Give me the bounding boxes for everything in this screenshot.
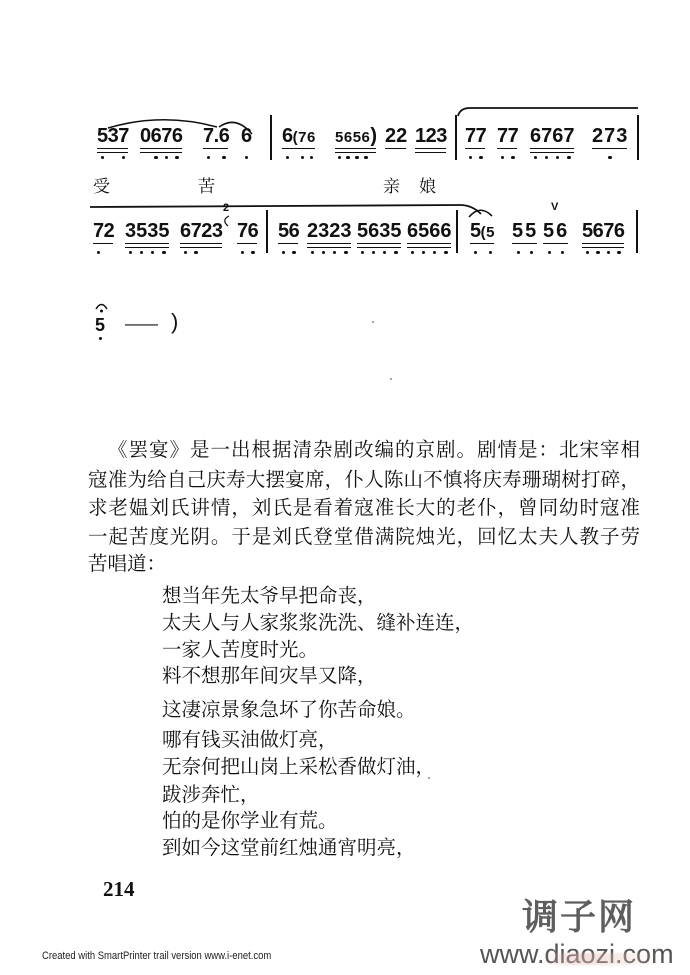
low-octave-dot [567, 156, 570, 159]
verse-line: 怕的是你学业有荒。 [162, 811, 338, 831]
beam-underline [180, 243, 222, 245]
note-digit: 6 [180, 221, 191, 241]
note-group: 273 [592, 126, 628, 146]
bar-line [637, 115, 639, 160]
note-digit: 2 [396, 126, 407, 146]
note-digit: 6 [368, 221, 379, 241]
paragraph-line: 求老媪刘氏讲情，刘氏是看着寇准长大的老仆，曾同幼时寇准 [88, 498, 640, 518]
note-digit: 6 [151, 126, 162, 146]
low-octave-dot [372, 251, 375, 254]
beam-underline [530, 152, 574, 154]
note-digit: 5 [470, 221, 481, 241]
low-octave-dot [608, 156, 611, 159]
note-digit: 5 [357, 221, 368, 241]
note-digit: 0 [140, 126, 151, 146]
note-digit: 6 [556, 221, 569, 241]
note-digit: 7 [476, 126, 487, 146]
low-octave-dot [292, 251, 295, 254]
note-digit: 5 [278, 221, 289, 241]
paragraph-line: 一起苦度光阴。于是刘氏登堂借满院烛光，回忆太夫人教子劳 [88, 527, 640, 547]
low-octave-dot [394, 251, 397, 254]
note-digit: 5 [97, 126, 108, 146]
beam-underline [357, 247, 401, 249]
low-octave-dot [245, 156, 248, 159]
page-number: 214 [103, 878, 135, 900]
scan-speck [390, 378, 392, 380]
beam-underline [307, 243, 351, 245]
note-digit: 6 [614, 221, 625, 241]
watermark-site-name: 调子网 [522, 899, 636, 937]
slur [458, 108, 638, 116]
low-octave-dot [97, 251, 100, 254]
low-octave-dot [101, 156, 104, 159]
beam-underline [592, 148, 627, 150]
low-octave-dot [222, 156, 225, 159]
note-digit: 7 [563, 126, 574, 146]
beam-underline [530, 148, 574, 150]
low-octave-dot [207, 156, 210, 159]
scan-speck [428, 777, 430, 779]
beam-underline [497, 148, 517, 150]
beam-underline [543, 243, 568, 245]
low-octave-dot [165, 156, 168, 159]
note-group: 6723 [180, 221, 223, 241]
note-group: 56 [278, 221, 299, 241]
low-octave-dot [501, 156, 504, 159]
beam-underline [93, 243, 113, 245]
note-digit: 3 [318, 221, 329, 241]
beam-underline [512, 243, 537, 245]
note-digit: 7 [604, 126, 616, 146]
note-group: 3535 [125, 221, 170, 241]
low-octave-dot [251, 251, 254, 254]
beam-underline [465, 148, 485, 150]
note-digit: 6 [344, 130, 353, 147]
beam-underline [278, 243, 298, 245]
verse-line: 哪有钱买油做灯亮， [162, 730, 338, 750]
lyric-char: 受 [93, 178, 110, 196]
note-digit: 5 [335, 130, 344, 147]
beam-underline [582, 247, 624, 249]
grace-note: 2 [223, 203, 229, 214]
note-group: 2323 [307, 221, 352, 241]
note-digit: 3 [340, 221, 351, 241]
note-digit: 6 [440, 221, 451, 241]
low-octave-dot [194, 251, 197, 254]
slur [469, 210, 492, 217]
fermata-icon [96, 305, 107, 313]
note-group: 55 [512, 221, 538, 241]
low-octave-dot [383, 251, 386, 254]
beam-underline [407, 247, 451, 249]
final-note: 5 [95, 316, 105, 334]
note-group: 5656) [335, 126, 377, 146]
note-digit: 6 [552, 126, 563, 146]
closing-parenthesis: ) [171, 309, 178, 335]
low-octave-dot [122, 156, 125, 159]
low-octave-dot [534, 156, 537, 159]
low-octave-dot [422, 251, 425, 254]
verse-line: 跋涉奔忙， [162, 785, 260, 805]
low-octave-dot [175, 156, 178, 159]
note-digit: 6 [362, 130, 371, 147]
beam-underline [335, 148, 376, 150]
note-digit: 6 [282, 126, 293, 146]
paragraph-line: 寇准为给自己庆寿大摆宴席，仆人陈山不慎将庆寿珊瑚树打碎， [88, 470, 640, 490]
low-octave-dot [517, 251, 520, 254]
low-octave-dot [162, 251, 165, 254]
low-octave-dot [154, 156, 157, 159]
low-octave-dot [310, 156, 313, 159]
low-octave-dot [617, 251, 620, 254]
beam-underline [140, 152, 182, 154]
bar-line [266, 210, 268, 253]
paragraph-line: 《罢宴》是一出根据清杂剧改编的京剧。剧情是：北宋宰相 [108, 440, 640, 460]
low-octave-dot [479, 156, 482, 159]
note-digit: 7 [237, 221, 248, 241]
low-octave-dot [355, 156, 358, 159]
low-octave-dot [344, 251, 347, 254]
note-group: 5(5 [470, 221, 495, 241]
lyric-char: 亲 [383, 178, 400, 196]
low-octave-dot [444, 251, 447, 254]
note-group: 22 [385, 126, 407, 146]
note-group: 123 [415, 126, 447, 146]
note-digit: 7 [203, 126, 214, 146]
note-digit: 2 [329, 221, 340, 241]
beam-underline [97, 148, 128, 150]
low-octave-dot [364, 156, 367, 159]
note-group: 6767 [530, 126, 575, 146]
note-digit: 7 [93, 221, 104, 241]
note-digit: 3 [616, 126, 628, 146]
beam-underline [282, 148, 315, 150]
low-octave-dot [561, 251, 564, 254]
note-group: 6566 [407, 221, 452, 241]
low-octave-dot [411, 251, 414, 254]
low-octave-dot [338, 156, 341, 159]
note-digit: 6 [172, 126, 183, 146]
note-digit: 5 [158, 221, 169, 241]
note-group: 77 [497, 126, 518, 146]
note-digit: 3 [379, 221, 390, 241]
low-octave-dot [548, 251, 551, 254]
note-group: 76 [237, 221, 258, 241]
note-digit: 3 [125, 221, 136, 241]
low-octave-dot [184, 251, 187, 254]
printer-trial-notice: Created with SmartPrinter trail version … [42, 950, 271, 963]
note-digit: 6 [407, 221, 418, 241]
note-digit: ) [370, 126, 376, 146]
verse-line: 这凄凉景象急坏了你苦命娘。 [162, 700, 416, 720]
note-digit: 1 [415, 126, 426, 146]
beam-underline [335, 152, 376, 154]
verse-line: 到如今这堂前红烛通宵明亮， [162, 838, 416, 858]
low-octave-dot [346, 156, 349, 159]
beam-underline [307, 247, 351, 249]
beam-underline [385, 148, 406, 150]
note-digit: 3 [436, 126, 447, 146]
beam-underline [357, 243, 401, 245]
low-octave-dot [530, 251, 533, 254]
note-digit: 6 [593, 221, 604, 241]
note-digit: 2 [307, 221, 318, 241]
beam-underline [415, 152, 446, 154]
beam-underline [470, 243, 494, 245]
note-group: 72 [93, 221, 114, 241]
beam-underline [415, 148, 446, 150]
note-digit: 5 [512, 221, 525, 241]
beam-underline [180, 247, 222, 249]
low-octave-dot [607, 251, 610, 254]
bar-line [636, 210, 638, 253]
note-digit: 7 [298, 130, 307, 147]
note-digit: 7 [541, 126, 552, 146]
note-digit: 5 [582, 221, 593, 241]
grace-slur [225, 216, 229, 226]
verse-line: 太夫人与人家浆浆洗洗、缝补连连， [162, 613, 474, 633]
note-group: 0676 [140, 126, 183, 146]
note-digit: 7 [161, 126, 172, 146]
note-digit: 7 [508, 126, 519, 146]
low-octave-dot [545, 156, 548, 159]
beam-underline [203, 148, 228, 150]
note-digit: 6 [530, 126, 541, 146]
low-octave-dot [241, 251, 244, 254]
note-digit: 5 [525, 221, 538, 241]
note-digit: 7 [191, 221, 202, 241]
bar-line [270, 115, 272, 160]
low-octave-dot [129, 251, 132, 254]
low-octave-dot [333, 251, 336, 254]
low-octave-dot [99, 337, 102, 340]
note-digit: 6 [219, 126, 230, 146]
paragraph-line: 苦唱道： [88, 554, 166, 574]
low-octave-dot [556, 156, 559, 159]
verse-line: 想当年先太爷早把命丧， [162, 586, 377, 606]
note-digit: 5 [136, 221, 147, 241]
note-digit: 6 [307, 130, 316, 147]
faint-stamp-overlay [540, 953, 660, 965]
note-group: 7.6 [203, 126, 229, 146]
note-digit: 6 [289, 221, 300, 241]
note-digit: 3 [147, 221, 158, 241]
note-group: 6(76 [282, 126, 316, 146]
note-digit: 3 [108, 126, 119, 146]
note-digit: 5 [543, 221, 556, 241]
low-octave-dot [311, 251, 314, 254]
low-octave-dot [474, 251, 477, 254]
low-octave-dot [282, 251, 285, 254]
beam-underline [140, 148, 182, 150]
note-group: 6 [241, 126, 252, 146]
note-digit: 5 [353, 130, 362, 147]
beam-underline [97, 152, 128, 154]
bar-line [455, 115, 457, 160]
note-digit: 2 [104, 221, 115, 241]
note-digit: 6 [248, 221, 259, 241]
note-group: 5676 [582, 221, 625, 241]
verse-line: 料不想那年间灾旱又降， [162, 666, 377, 686]
sustain-dash: —— [125, 315, 158, 333]
low-octave-dot [301, 156, 304, 159]
low-octave-dot [151, 251, 154, 254]
note-digit: 2 [426, 126, 437, 146]
low-octave-dot [322, 251, 325, 254]
breath-mark: V [551, 202, 558, 213]
note-digit: 7 [497, 126, 508, 146]
note-digit: 5 [390, 221, 401, 241]
note-digit: 6 [241, 126, 252, 146]
low-octave-dot [286, 156, 289, 159]
low-octave-dot [469, 156, 472, 159]
low-octave-dot [140, 251, 143, 254]
note-digit: 2 [385, 126, 396, 146]
note-group: 77 [465, 126, 486, 146]
low-octave-dot [489, 251, 492, 254]
beam-underline [125, 243, 169, 245]
note-digit: 7 [118, 126, 129, 146]
lyric-char: 娘 [419, 178, 436, 196]
low-octave-dot [511, 156, 514, 159]
note-digit: 3 [212, 221, 223, 241]
note-group: 537 [97, 126, 129, 146]
note-group: 5635 [357, 221, 402, 241]
note-digit: 2 [592, 126, 604, 146]
note-digit: 2 [201, 221, 212, 241]
verse-line: 无奈何把山岗上采松香做灯油， [162, 757, 435, 777]
bar-line [456, 210, 458, 253]
lyric-char: 苦 [198, 178, 215, 196]
note-digit: 5 [418, 221, 429, 241]
low-octave-dot [596, 251, 599, 254]
beam-underline [237, 243, 257, 245]
beam-underline [407, 243, 451, 245]
scan-speck [372, 321, 374, 323]
beam-underline [582, 243, 624, 245]
low-octave-dot [586, 251, 589, 254]
scanned-book-page: 537 0676 7.6 6 6(76 5656) 22 123 77 77 6… [0, 0, 690, 975]
slur [90, 205, 481, 214]
beam-underline [125, 247, 169, 249]
note-group: 56 [543, 221, 569, 241]
note-digit: 7 [465, 126, 476, 146]
note-digit: 6 [429, 221, 440, 241]
low-octave-dot [433, 251, 436, 254]
note-digit: 5 [486, 225, 495, 242]
low-octave-dot [361, 251, 364, 254]
note-digit: 7 [603, 221, 614, 241]
verse-line: 一家人苦度时光。 [162, 640, 318, 660]
